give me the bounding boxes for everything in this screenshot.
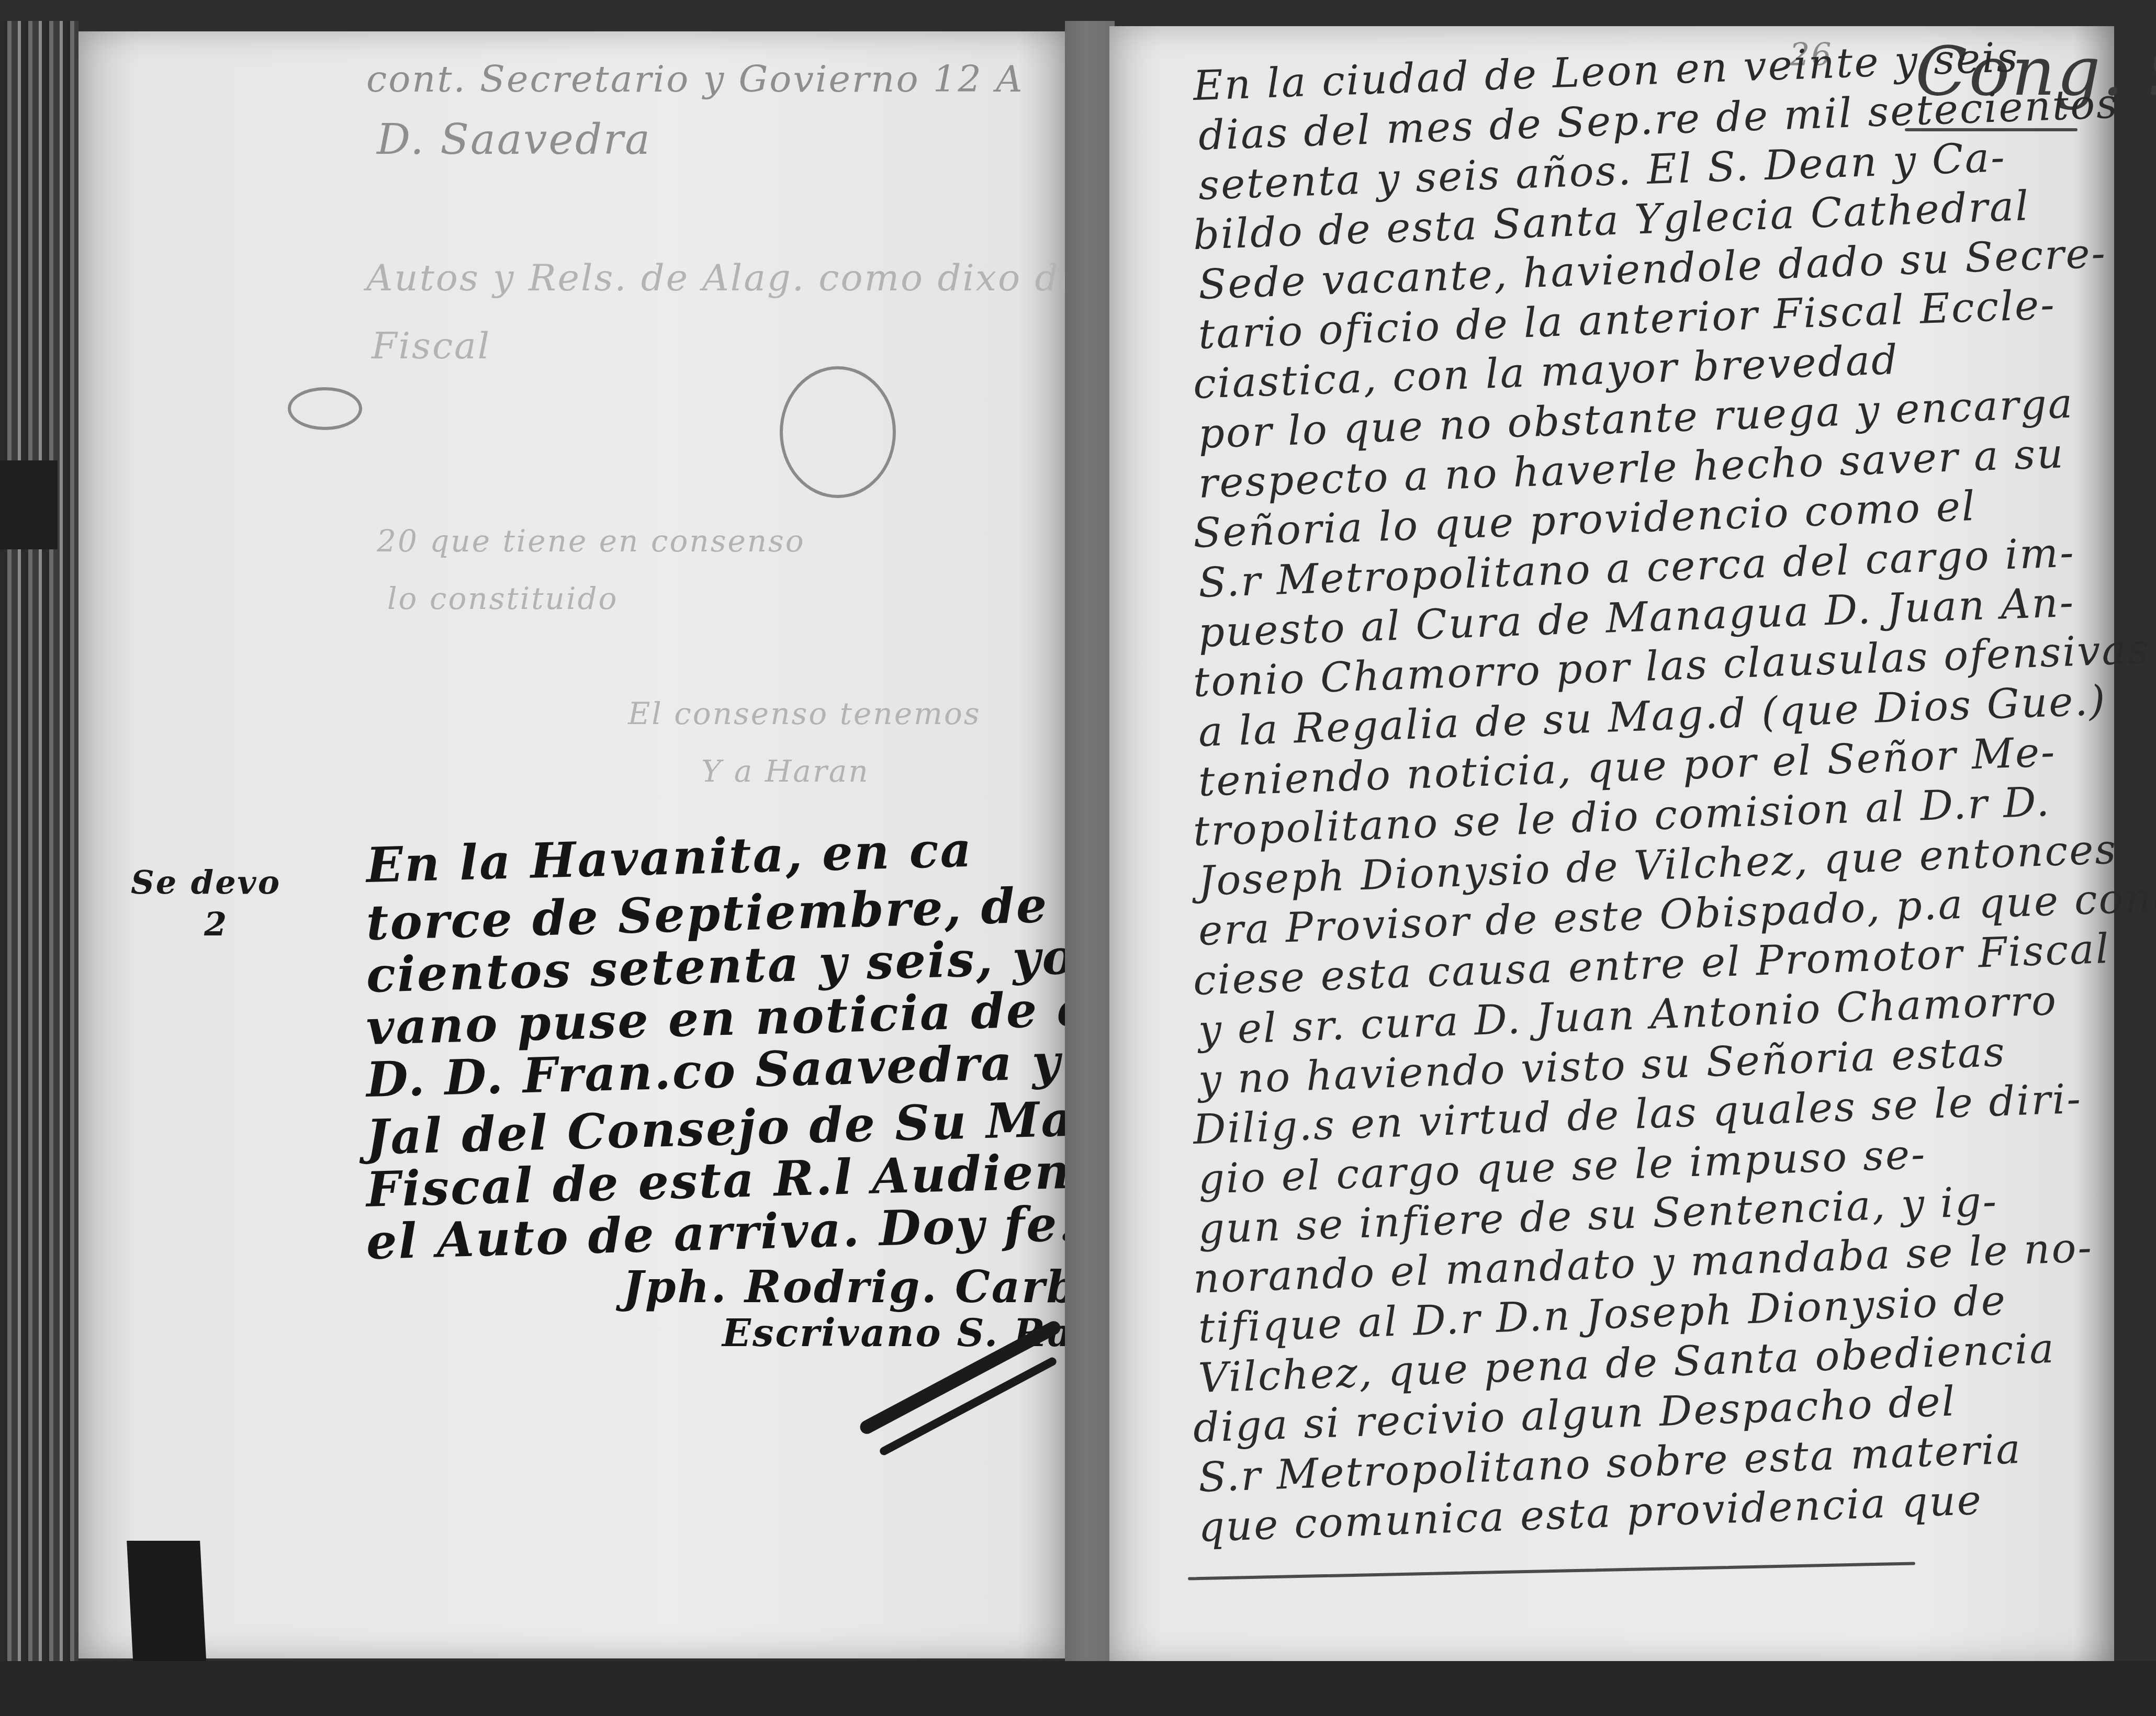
left-header-line: D. Saavedra (377, 115, 652, 164)
left-header-line: Autos y Rels. de Alag. como dixo de (366, 256, 1083, 299)
scan-bottom-edge (0, 1661, 2156, 1716)
left-faint-line: 20 que tiene en consenso (377, 523, 805, 559)
left-faint-line: El consenso tenemos (628, 696, 981, 731)
left-header-line: Fiscal (372, 324, 491, 367)
left-header-line: cont. Secretario y Govierno 12 A (366, 58, 1024, 100)
margin-note: 2 (204, 905, 228, 943)
book-gutter (1065, 21, 1115, 1690)
left-faint-line: Y a Haran (701, 753, 870, 789)
book-edge-left (0, 21, 78, 1716)
rubric-seal-icon (780, 366, 896, 498)
left-faint-line: lo constituido (387, 581, 619, 616)
signature-name: Jph. Rodrig. Carb. (623, 1261, 1096, 1313)
binding-clip (0, 460, 58, 549)
margin-note: Se devo (131, 863, 281, 901)
rubric-signature-icon (288, 387, 362, 430)
